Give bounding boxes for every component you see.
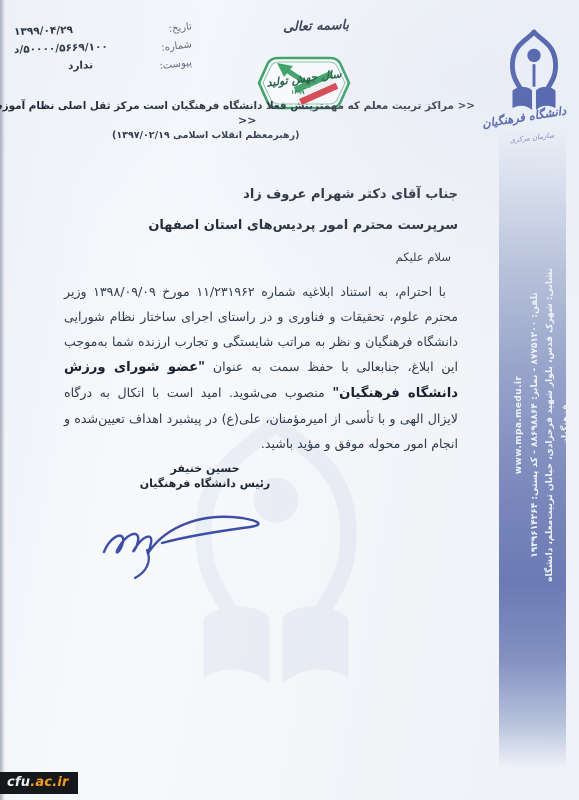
university-emblem-icon <box>499 28 569 116</box>
recipient-name: جناب آقای دکتر شهرام عروف زاد <box>243 187 458 202</box>
date-value: ۱۳۹۹/۰۴/۲۹ <box>6 22 140 39</box>
quote-attribution: (رهبرمعظم انقلاب اسلامی ۱۳۹۷/۰۲/۱۹) <box>112 130 299 141</box>
cfu-watermark-badge: cfu.ac.ir <box>0 772 78 794</box>
side-strip-text: www.mpa.medu.ir تلفن: ۸۷۷۵۱۲۰۰ - نمابر: … <box>512 255 560 595</box>
emblem-year-text: ۱۳۹۹ <box>291 90 304 96</box>
recipient-title: سرپرست محترم امور پردیس‌های استان اصفهان <box>148 218 458 233</box>
signatory-title: رئیس دانشگاه فرهنگیان <box>130 477 280 490</box>
meta-attachment-row: پیوست: ندارد <box>6 60 192 78</box>
signature-scribble-icon <box>92 492 277 580</box>
number-label: شماره: <box>146 39 193 56</box>
date-label: تاریخ: <box>146 21 193 38</box>
attachment-value: ندارد <box>6 58 140 75</box>
number-value: ۵۰۰۰۰/۵۶۶۹/۱۰۰/د <box>6 40 140 57</box>
strip-website: www.mpa.medu.ir <box>512 255 528 595</box>
quote-close-marks: >> <box>238 114 256 127</box>
bismillah-text: باسمه تعالی <box>281 18 351 35</box>
badge-suffix: .ac.ir <box>30 775 68 790</box>
strip-address: نشانی: شهرک قدس، بلوار شهید فرحزادی، خیا… <box>543 255 574 595</box>
scanned-letter-page: تاریخ: ۱۳۹۹/۰۴/۲۹ شماره: ۵۰۰۰۰/۵۶۶۹/۱۰۰/… <box>0 0 579 800</box>
scan-left-edge-shadow <box>0 0 5 800</box>
signatory-name: حسین خنیفر <box>148 462 262 475</box>
meta-number-row: شماره: ۵۰۰۰۰/۵۶۶۹/۱۰۰/د <box>6 42 192 60</box>
badge-prefix: cfu <box>7 775 30 790</box>
attachment-label: پیوست: <box>146 57 193 74</box>
meta-date-row: تاریخ: ۱۳۹۹/۰۴/۲۹ <box>6 24 192 42</box>
salutation-text: سلام علیکم <box>396 250 451 264</box>
quote-line: << مراکز تربیت معلم که مهمترینش فعلا دان… <box>0 100 475 112</box>
strip-contact: تلفن: ۸۷۷۵۱۲۰۰ - نمابر: ۸۸۶۹۸۸۶۴ - کد پس… <box>528 255 544 595</box>
